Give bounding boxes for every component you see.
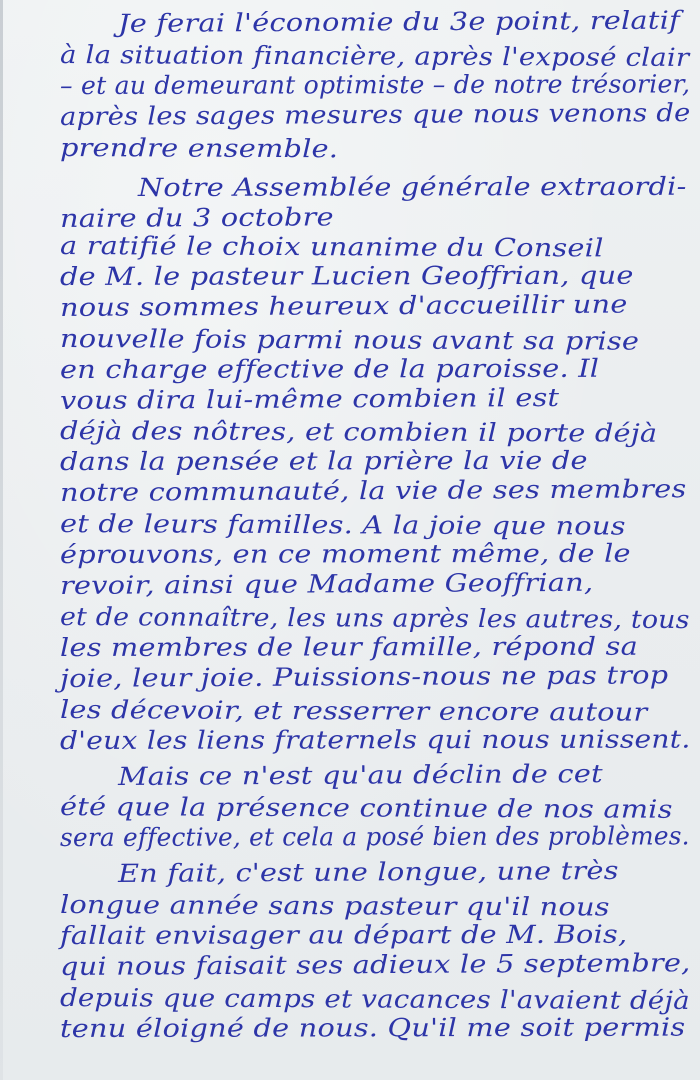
handwritten-line: nouvelle fois parmi nous avant sa prise xyxy=(60,324,639,356)
handwritten-line: les décevoir, et resserrer encore autour xyxy=(60,695,648,727)
handwritten-line: – et au demeurant optimiste – de notre t… xyxy=(60,69,690,100)
handwritten-line: fallait envisager au départ de M. Bois, xyxy=(60,920,627,950)
handwritten-line: joie, leur joie. Puissions-nous ne pas t… xyxy=(60,660,669,693)
handwritten-line: déjà des nôtres, et combien il porte déj… xyxy=(60,416,658,448)
handwritten-line: vous dira lui-même combien il est xyxy=(60,383,560,415)
paper-left-edge xyxy=(0,0,3,1080)
handwritten-line: tenu éloigné de nous. Qu'il me soit perm… xyxy=(60,1013,685,1043)
handwritten-line: sera effective, et cela a posé bien des … xyxy=(60,821,690,852)
handwritten-line: revoir, ainsi que Madame Geoffrian, xyxy=(60,568,593,600)
handwritten-line: les membres de leur famille, répond sa xyxy=(60,632,638,662)
handwritten-line: Notre Assemblée générale extraordi- xyxy=(138,172,687,202)
handwritten-line: et de connaître, les uns après les autre… xyxy=(60,602,690,634)
handwritten-line: après les sages mesures que nous venons … xyxy=(60,98,691,131)
handwritten-line: longue année sans pasteur qu'il nous xyxy=(60,890,610,922)
handwritten-line: d'eux les liens fraternels qui nous unis… xyxy=(60,725,691,755)
handwritten-line: et de leurs familles. A la joie que nous xyxy=(60,509,626,541)
handwritten-line: à la situation financière, après l'expos… xyxy=(60,40,689,72)
handwritten-line: depuis que camps et vacances l'avaient d… xyxy=(60,983,690,1015)
handwritten-line: a ratifié le choix unanime du Conseil xyxy=(60,231,604,262)
handwritten-line: En fait, c'est une longue, une très xyxy=(118,856,619,888)
handwritten-line: été que la présence continue de nos amis xyxy=(60,792,673,824)
handwritten-line: naire du 3 octobre xyxy=(60,202,334,233)
handwritten-line: notre communauté, la vie de ses membres xyxy=(60,474,687,507)
handwritten-line: Mais ce n'est qu'au déclin de cet xyxy=(118,759,603,791)
handwritten-line: dans la pensée et la prière la vie de xyxy=(60,446,588,476)
handwritten-line: éprouvons, en ce moment même, de le xyxy=(60,539,631,569)
handwritten-line: Je ferai l'économie du 3e point, relatif xyxy=(118,6,680,38)
handwritten-line: qui nous faisait ses adieux le 5 septemb… xyxy=(60,948,691,981)
handwritten-letter-page: Je ferai l'économie du 3e point, relatif… xyxy=(0,0,700,1080)
handwritten-line: en charge effective de la paroisse. Il xyxy=(60,354,599,384)
handwritten-line: nous sommes heureux d'accueillir une xyxy=(60,290,628,322)
handwritten-line: prendre ensemble. xyxy=(60,133,338,163)
handwritten-line: de M. le pasteur Lucien Geoffrian, que xyxy=(60,261,634,291)
